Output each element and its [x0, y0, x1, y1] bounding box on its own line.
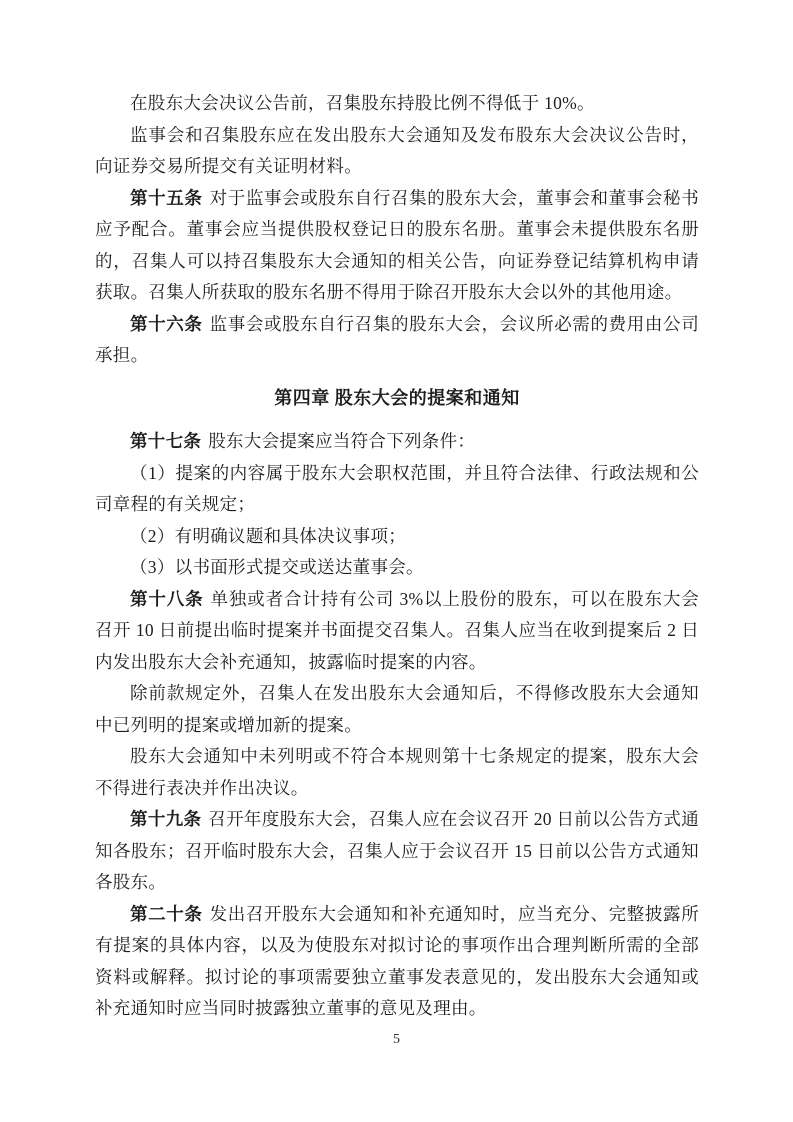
article-number: 第十七条: [130, 431, 201, 451]
article-number: 第十八条: [130, 589, 204, 609]
article-paragraph: 第十七条股东大会提案应当符合下列条件：: [95, 426, 699, 458]
list-item-paragraph: （3）以书面形式提交或送达董事会。: [95, 552, 699, 584]
article-paragraph: 第十五条对于监事会或股东自行召集的股东大会，董事会和董事会秘书应予配合。董事会应…: [95, 183, 699, 309]
page-number: 5: [0, 1032, 793, 1048]
article-text: 股东大会提案应当符合下列条件：: [208, 431, 475, 451]
article-paragraph: 第十八条单独或者合计持有公司 3%以上股份的股东，可以在股东大会召开 10 日前…: [95, 584, 699, 679]
body-paragraph: 监事会和召集股东应在发出股东大会通知及发布股东大会决议公告时，向证券交易所提交有…: [95, 120, 699, 183]
body-paragraph: 除前款规定外，召集人在发出股东大会通知后，不得修改股东大会通知中已列明的提案或增…: [95, 678, 699, 741]
document-page: 在股东大会决议公告前，召集股东持股比例不得低于 10%。 监事会和召集股东应在发…: [0, 0, 793, 1122]
list-item-paragraph: （2）有明确议题和具体决议事项；: [95, 521, 699, 553]
list-item-paragraph: （1）提案的内容属于股东大会职权范围，并且符合法律、行政法规和公司章程的有关规定…: [95, 458, 699, 521]
article-number: 第十五条: [130, 188, 203, 208]
article-paragraph: 第二十条发出召开股东大会通知和补充通知时，应当充分、完整披露所有提案的具体内容，…: [95, 899, 699, 1025]
body-paragraph: 在股东大会决议公告前，召集股东持股比例不得低于 10%。: [95, 88, 699, 120]
article-paragraph: 第十六条监事会或股东自行召集的股东大会，会议所必需的费用由公司承担。: [95, 309, 699, 372]
body-paragraph: 股东大会通知中未列明或不符合本规则第十七条规定的提案，股东大会不得进行表决并作出…: [95, 741, 699, 804]
article-paragraph: 第十九条召开年度股东大会，召集人应在会议召开 20 日前以公告方式通知各股东；召…: [95, 804, 699, 899]
article-number: 第十六条: [130, 314, 203, 334]
article-number: 第十九条: [130, 809, 201, 829]
chapter-heading: 第四章 股东大会的提案和通知: [95, 383, 699, 415]
article-number: 第二十条: [130, 904, 203, 924]
